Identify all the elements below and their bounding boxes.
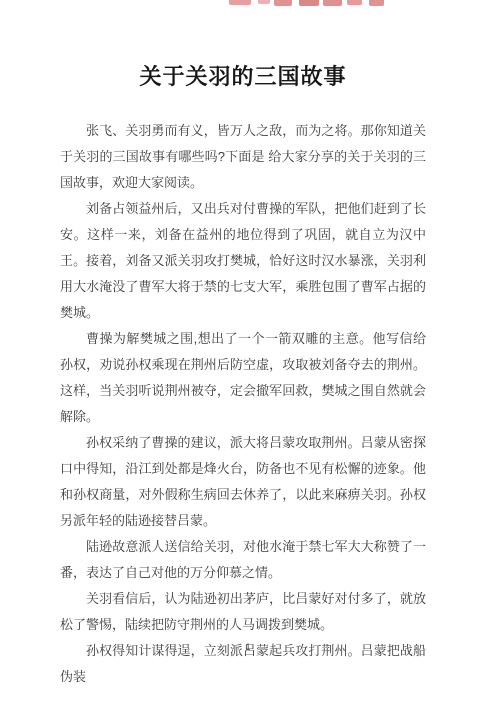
paragraph: 关羽看信后，认为陆逊初出茅庐，比吕蒙好对付多了，就放松了警惕，陆续把防守荆州的人…: [60, 586, 426, 638]
document-body: 张飞、关羽勇而有义，皆万人之敌，而为之将。那你知道关于关羽的三国故事有哪些吗?下…: [60, 118, 426, 690]
paragraph: 曹操为解樊城之围,想出了一个一箭双雕的主意。他写信给孙权，劝说孙权乘现在荆州后防…: [60, 326, 426, 430]
paragraph: 刘备占领益州后，又出兵对付曹操的军队，把他们赶到了长安。这样一来，刘备在益州的地…: [60, 196, 426, 326]
page-number: 1: [0, 642, 496, 652]
paragraph: 陆逊故意派人送信给关羽，对他水淹于禁七军大大称赞了一番，表达了自己对他的万分仰慕…: [60, 534, 426, 586]
paragraph: 张飞、关羽勇而有义，皆万人之敌，而为之将。那你知道关于关羽的三国故事有哪些吗?下…: [60, 118, 426, 196]
document-title: 关于关羽的三国故事: [60, 62, 426, 92]
document-content: 关于关羽的三国故事 张飞、关羽勇而有义，皆万人之敌，而为之将。那你知道关于关羽的…: [0, 0, 496, 690]
paragraph: 孙权采纳了曹操的建议，派大将吕蒙攻取荆州。吕蒙从密探口中得知，沿江到处都是烽火台…: [60, 430, 426, 534]
document-page: 关于关羽的三国故事 张飞、关羽勇而有义，皆万人之敌，而为之将。那你知道关于关羽的…: [0, 0, 496, 702]
